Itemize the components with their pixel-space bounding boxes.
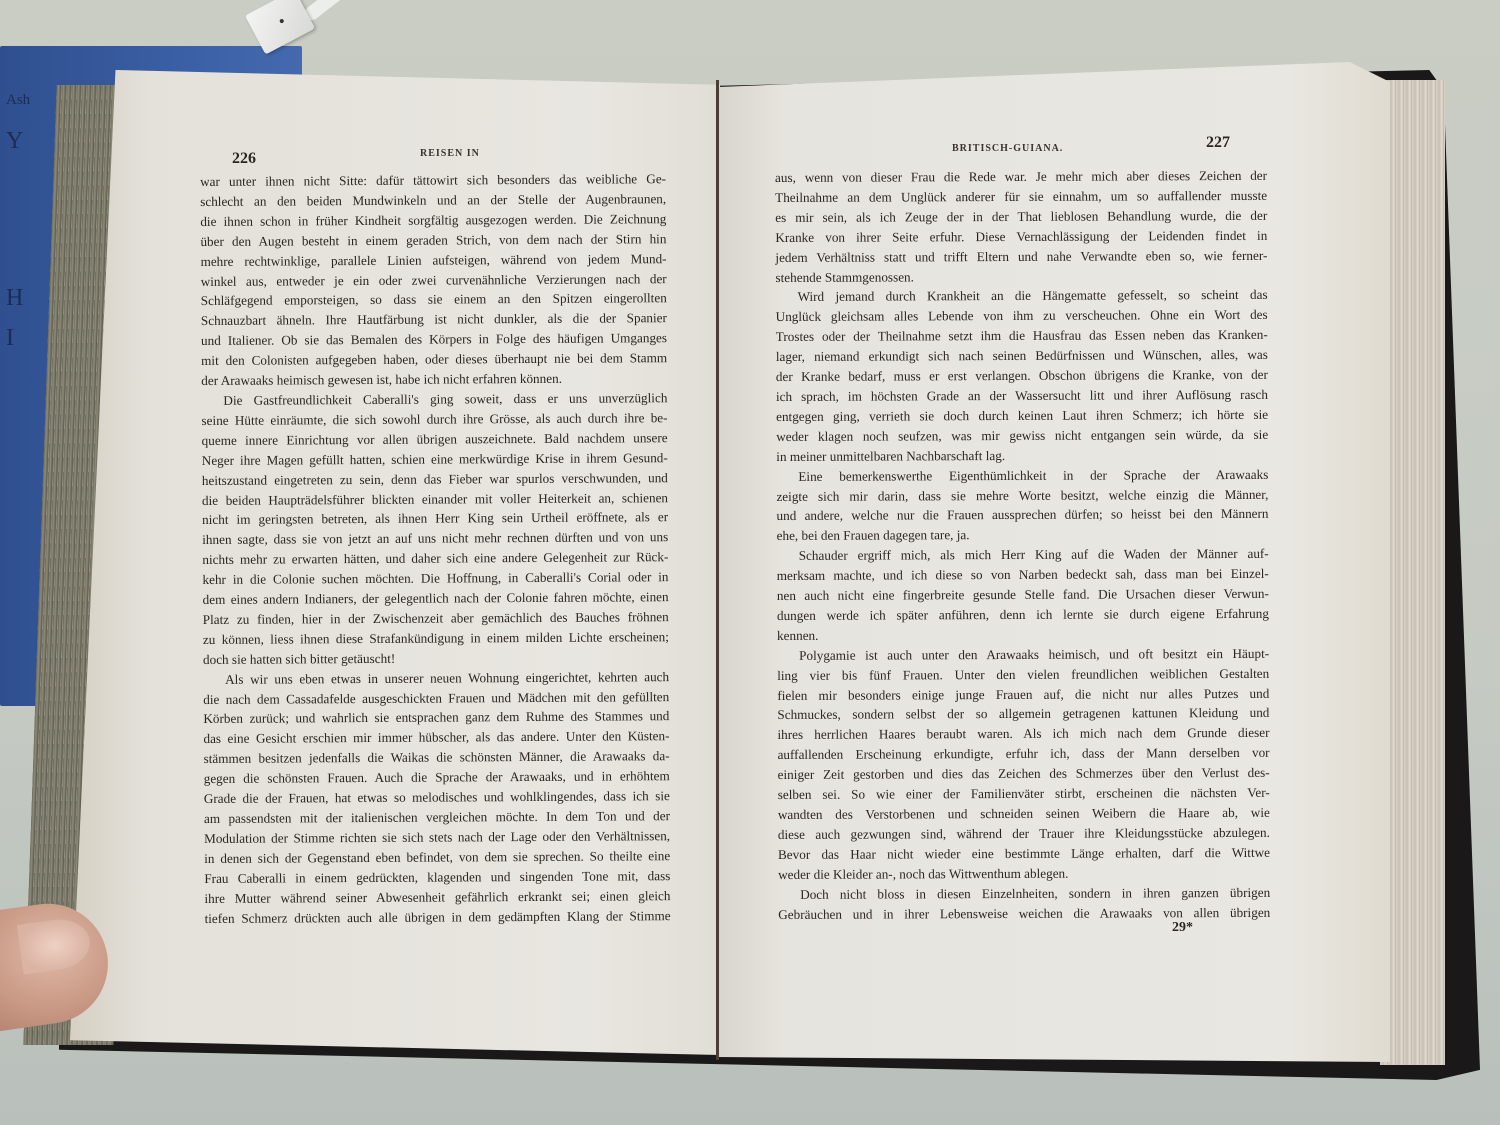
charger-led (279, 18, 284, 23)
text-line: tiefen Schmerz drückten auch alle übrige… (204, 906, 670, 929)
text-line: ich sprach, im höchsten Grade an der Was… (776, 385, 1268, 407)
text-line: dungen werde ich später anführen, denn i… (777, 604, 1269, 626)
text-line: ling vier bis fünf Frauen. Unter den vie… (777, 664, 1269, 686)
text-line: Gebräuchen und in ihrer Lebensweise weic… (778, 902, 1270, 924)
text-line: Körben zurück; und wahrlich sie entsprac… (203, 707, 669, 730)
text-line: lager, niemand erkundigt sich nach seine… (776, 345, 1268, 367)
text-line: war unter ihnen nicht Sitte: dafür tätto… (200, 169, 666, 192)
text-line: dem eines andern Indianers, der gelegent… (203, 587, 669, 610)
text-line: schlecht an den beiden Mundwinkeln und a… (200, 189, 666, 212)
blue-book-spine-text: Y (6, 128, 23, 155)
text-line: in meiner unmittelbaren Nachbarschaft la… (776, 445, 1268, 467)
text-line: Grade die der Frauen, hat etwas so melod… (204, 786, 670, 809)
text-line: merksam machte, und ich diese so von Nar… (777, 564, 1269, 586)
right-page-number: 227 (1206, 134, 1230, 152)
text-line: auffallenden Erscheinung erkundigte, erf… (778, 743, 1270, 765)
text-line: Theilnahme an dem Unglück anderer für si… (775, 186, 1267, 208)
text-line: weder klagen noch seufzen, was mir gewis… (776, 425, 1268, 447)
text-line: Modulation der Stimme richten sie sich s… (204, 826, 670, 849)
text-line: zu können, liess ihnen diese Strafankünd… (203, 627, 669, 650)
text-line: stehende Stammgenossen. (775, 265, 1267, 287)
text-line: Frau Caberalli in einem gedrückten, klag… (204, 866, 670, 889)
text-line: queme innere Einrichtung vor allen übrig… (202, 428, 668, 451)
text-line: der Kranke bedarf, muss er erst verlange… (776, 365, 1268, 387)
text-line: einiger Zeit gestorben und dies das Zeic… (778, 763, 1270, 785)
left-running-head: REISEN IN (420, 148, 480, 159)
text-line: Die Gastfreundlichkeit Caberalli's ging … (201, 388, 667, 411)
text-line: Trostes oder der Theilnahme setzt ihm di… (776, 325, 1268, 347)
right-page-text: aus, wenn von dieser Frau die Rede war. … (775, 166, 1270, 925)
text-line: jedem Verhältniss statt und trifft Elter… (775, 245, 1267, 267)
text-line: ihre Mutter während seiner Abwesenheit g… (204, 886, 670, 909)
blue-book-spine-text: H (6, 285, 23, 312)
blue-book-spine-text: Ash (6, 92, 30, 109)
text-line: weder die Kleider an-, noch das Wittwent… (778, 863, 1270, 885)
left-page-text: war unter ihnen nicht Sitte: dafür tätto… (200, 169, 671, 928)
text-line: Wird jemand durch Krankheit an die Hänge… (776, 285, 1268, 307)
text-line: selben sei. So wie einer der Familienvät… (778, 783, 1270, 805)
right-running-head: BRITISCH-GUIANA. (952, 143, 1063, 154)
text-line: zeigte sich mir darin, dass sie mehre Wo… (776, 484, 1268, 506)
text-line: die nach dem Cassadafelde ausgeschickten… (203, 687, 669, 710)
text-line: die ihnen schon in früher Kindheit sorgf… (200, 209, 666, 232)
text-line: am passendsten mit der italienischen ver… (204, 806, 670, 829)
signature-mark: 29* (1172, 920, 1193, 936)
book-gutter (716, 80, 719, 1060)
text-line: heitszustand eingetreten zu sein, denn d… (202, 468, 668, 491)
text-line: gegen die schönsten Frauen. Auch die Spr… (204, 766, 670, 789)
text-line: in denen sich der Gegenstand eben befind… (204, 846, 670, 869)
text-line: aus, wenn von dieser Frau die Rede war. … (775, 166, 1267, 188)
text-line: Kranke von ihrer Seite erfuhr. Diese Ver… (775, 226, 1267, 248)
text-line: ihres herrlichen Haares beraubt waren. A… (777, 723, 1269, 745)
text-line: entgegen ging, verrieth sie doch durch k… (776, 405, 1268, 427)
text-line: wandten des Verstorbenen und schneiden s… (778, 803, 1270, 825)
text-line: Neger ihre Magen gefüllt hatten, schien … (202, 448, 668, 471)
text-line: kennen. (777, 624, 1269, 646)
text-line: das eine Gesicht erschien mir immer hübs… (203, 727, 669, 750)
text-line: und andere, welche nur die Frauen ausspr… (776, 504, 1268, 526)
text-line: Bevor das Haar nicht wieder eine bestimm… (778, 843, 1270, 865)
text-line: fielen mir besonders einige junge Frauen… (777, 683, 1269, 705)
text-line: Doch nicht bloss in diesen Einzelnheiten… (778, 882, 1270, 904)
text-line: Als wir uns eben etwas in unserer neuen … (203, 667, 669, 690)
text-line: Eine bemerkenswerthe Eigenthümlichkeit i… (776, 464, 1268, 486)
left-page-number: 226 (232, 150, 256, 168)
text-line: Unglück gleichsam alles Lebende von ihm … (776, 305, 1268, 327)
text-line: ehe, bei den Frauen dagegen tare, ja. (777, 524, 1269, 546)
text-line: mit den Colonisten aufgegeben haben, ode… (201, 348, 667, 371)
text-line: Schauder ergriff mich, als mich Herr Kin… (777, 544, 1269, 566)
text-line: seine Hütte einräumte, die sich sowohl d… (201, 408, 667, 431)
text-line: nen auch nicht eine fingerbreite gesunde… (777, 584, 1269, 606)
text-line: über den Augen besteht in einem geraden … (200, 229, 666, 252)
text-line: doch sie hatten sich bitter getäuscht! (203, 647, 669, 670)
blue-book-spine-text: I (6, 325, 14, 352)
text-line: Platz zu finden, hier in der Zwischenzei… (203, 607, 669, 630)
text-line: stämmen besitzen jedenfalls die Waikas d… (204, 746, 670, 769)
text-line: es mir sein, als ich Zeuge der in der Th… (775, 206, 1267, 228)
text-line: Polygamie ist auch unter den Arawaaks he… (777, 644, 1269, 666)
text-line: Schmuckes, sondern selbst der so allgeme… (777, 703, 1269, 725)
text-line: mehre rechtwinklige, parallele Linien au… (200, 249, 666, 272)
text-line: diese auch gezwungen sind, während der T… (778, 823, 1270, 845)
